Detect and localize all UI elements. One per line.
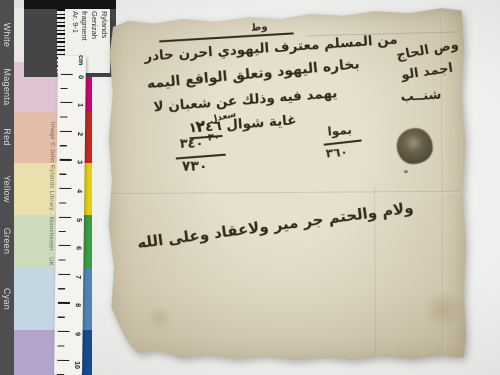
pale-patch-cyan <box>14 268 58 330</box>
right-figures-number: ٣٦٠ <box>325 145 348 161</box>
ruler-tick: 2 <box>57 131 85 133</box>
ruler-number: 2 <box>76 132 83 136</box>
ruler-number: 8 <box>74 303 81 307</box>
ruler-tick: 4 <box>56 188 84 190</box>
margin-line-3: شنــب <box>389 88 442 106</box>
left-figures-mid: ٣٠ <box>208 132 220 143</box>
ruler-tick: cm 0 <box>58 73 86 75</box>
seal-texture <box>405 135 423 151</box>
ruler-tick: 10 <box>54 359 82 361</box>
cm-ruler: cm 0 1 2 3 4 5 6 7 8 9 10 Image © John R… <box>54 56 86 375</box>
superscript-word: وط <box>250 21 268 34</box>
pale-patch-purple <box>14 330 58 375</box>
ruler-tick: 3 <box>57 159 85 161</box>
left-figures-sum-bottom: ٧٣٠ <box>182 159 208 175</box>
digitized-fragment-photo: White Magenta Red Yellow Green Cyan Ryla… <box>0 0 500 375</box>
left-figures-sum-top: ٣٤٠ <box>180 137 204 152</box>
ruler-tick: 5 <box>56 216 84 218</box>
manuscript-fragment: وط من المسلم معترف اليهودي احرن حادر بخا… <box>103 5 470 370</box>
colorbar-label-yellow: Yellow <box>2 175 12 203</box>
paper-stain <box>145 307 175 329</box>
ruler-tick: 9 <box>55 331 83 333</box>
ruler-tick: 1 <box>57 102 85 104</box>
ruler-number: 4 <box>75 189 82 193</box>
colorbar-label-magenta: Magenta <box>2 68 12 105</box>
colorbar-label-white: White <box>2 23 12 48</box>
ruler-tick: 6 <box>56 245 84 247</box>
ruler-number: 5 <box>75 218 82 222</box>
ruler-number: 6 <box>75 246 82 250</box>
label-line-series: Genizah <box>90 11 100 73</box>
ruler-number: 0 <box>77 75 84 79</box>
paper-stain <box>420 293 466 327</box>
ink-seal <box>397 128 433 164</box>
ink-spot <box>404 170 408 173</box>
colorbar-label-red: Red <box>2 128 12 145</box>
right-figures-word: بموا <box>327 123 352 139</box>
ruler-number: 10 <box>73 361 80 369</box>
ruler-number: 7 <box>74 275 81 279</box>
colorbar-label-cyan: Cyan <box>2 288 12 310</box>
ruler-unit-label: cm <box>77 55 84 65</box>
colorbar-label-green: Green <box>2 228 12 255</box>
ruler-tick: 7 <box>55 274 83 276</box>
manuscript-paper: وط من المسلم معترف اليهودي احرن حادر بخا… <box>103 5 470 370</box>
ruler-number: 9 <box>74 332 81 336</box>
ruler-number: 3 <box>76 160 83 164</box>
ruler-tick: 8 <box>55 302 83 304</box>
ruler-number: 1 <box>76 103 83 107</box>
